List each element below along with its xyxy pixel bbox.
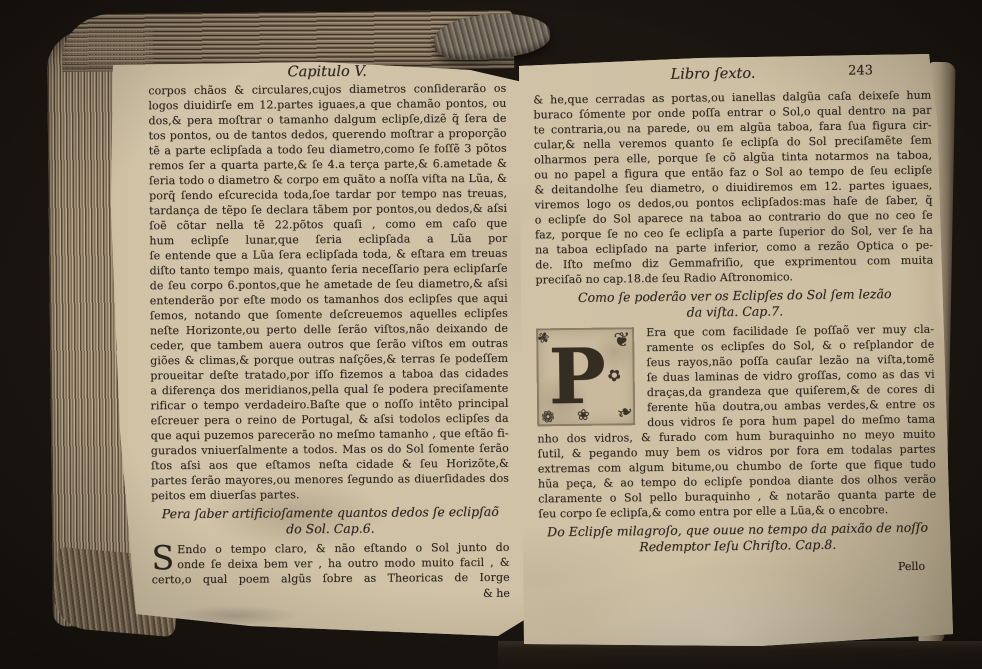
left-body-lines: corpos chãos & circulares,cujos diametro… bbox=[148, 81, 509, 503]
chapter7-heading: Como ſe poderão ver os Eclipſes do Sol ſ… bbox=[536, 286, 934, 323]
floral-ornament-icon: ❧ bbox=[613, 399, 637, 426]
left-page-text-block: Capitulo V. corpos chãos & circulares,cu… bbox=[148, 61, 510, 603]
text-line: peitos em diuerſas partes. bbox=[151, 486, 509, 503]
left-running-header: Capitulo V. bbox=[148, 61, 506, 83]
text-line: partes ſerão mayores,ou menores ſegundo … bbox=[151, 471, 509, 488]
floral-ornament-icon: ✿ bbox=[603, 363, 625, 386]
text-line: certo,o qual poem algũs ſobre as Theoric… bbox=[152, 570, 510, 587]
open-book-photo: Capitulo V. corpos chãos & circulares,cu… bbox=[0, 0, 982, 669]
right-header-row: Libro ſexto. 243 bbox=[533, 62, 931, 87]
floral-ornament-icon: ❁ bbox=[539, 406, 557, 428]
chapter6-lines: Endo o tempo claro, & não eſtando o Sol … bbox=[151, 540, 509, 587]
chapter6-paragraph: S Endo o tempo claro, & não eſtando o So… bbox=[151, 540, 509, 587]
woodcut-initial: P ❦ ✿ ❧ ❁ ✾ ❀ bbox=[536, 327, 635, 426]
chapter6-heading: Pera ſaber artificioſamente quantos dedo… bbox=[151, 504, 509, 538]
right-page-text-block: Libro ſexto. 243 & he,que cerradas as po… bbox=[533, 62, 937, 579]
chapter7-paragraph: P ❦ ✿ ❧ ❁ ✾ ❀ Era que com facilidade ſe … bbox=[536, 322, 936, 522]
page-number: 243 bbox=[848, 63, 873, 78]
chapter8-heading: Do Eclipſe milagroſo, que ouue no tempo … bbox=[538, 520, 936, 557]
floral-ornament-icon: ❦ bbox=[613, 327, 630, 351]
heading-line: Pera ſaber artificioſamente quantos dedo… bbox=[151, 504, 509, 522]
right-body-lines: & he,que cerradas as portas,ou ianellas … bbox=[533, 88, 933, 288]
heading-line: do Sol. Cap.6. bbox=[151, 520, 509, 538]
right-running-header: Libro ſexto. bbox=[603, 63, 823, 86]
left-catchword: & he bbox=[152, 586, 510, 603]
drop-cap-initial: S bbox=[151, 542, 177, 572]
